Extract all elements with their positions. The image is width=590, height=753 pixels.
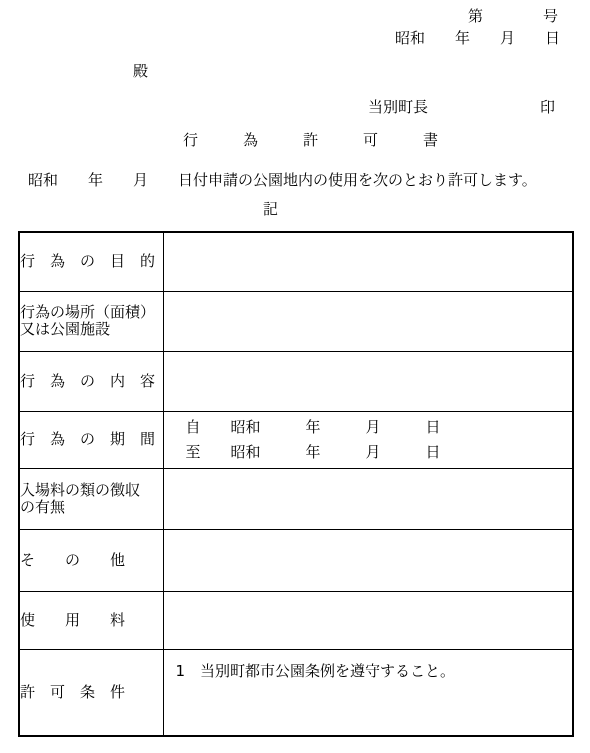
row-value-permit-conditions: 1 当別町都市公園条例を遵守すること。 (163, 649, 573, 736)
record-marker: 記 (263, 201, 278, 218)
row-value-period: 自 昭和 年 月 日 至 昭和 年 月 日 (163, 411, 573, 468)
table-row: 行 為 の 期 間 自 昭和 年 月 日 至 昭和 年 月 日 (19, 411, 573, 468)
row-value-content (163, 351, 573, 411)
row-value-admission-fee (163, 468, 573, 529)
row-label-location: 行為の場所（面積） 又は公園施設 (19, 291, 163, 351)
table-row: 行 為 の 目 的 (19, 232, 573, 291)
table-row: 許 可 条 件 1 当別町都市公園条例を遵守すること。 (19, 649, 573, 736)
row-label-content: 行 為 の 内 容 (19, 351, 163, 411)
seal-mark: 印 (540, 99, 555, 116)
permit-document-page: 第 号 昭和 年 月 日 殿 当別町長 印 行 為 許 可 書 昭和 年 月 日… (0, 0, 590, 753)
permission-statement: 昭和 年 月 日付申請の公園地内の使用を次のとおり許可します。 (28, 172, 537, 189)
row-label-usage-fee: 使 用 料 (19, 591, 163, 649)
table-row: 行為の場所（面積） 又は公園施設 (19, 291, 573, 351)
row-value-other (163, 529, 573, 591)
row-value-usage-fee (163, 591, 573, 649)
doc-number-line: 第 号 (468, 8, 558, 25)
table-row: 使 用 料 (19, 591, 573, 649)
row-label-period: 行 為 の 期 間 (19, 411, 163, 468)
issue-date-line: 昭和 年 月 日 (395, 30, 560, 47)
issuer-line: 当別町長 印 (368, 99, 555, 116)
row-label-purpose: 行 為 の 目 的 (19, 232, 163, 291)
table-row: 入場料の類の徴収 の有無 (19, 468, 573, 529)
row-label-permit-conditions: 許 可 条 件 (19, 649, 163, 736)
addressee-honorific: 殿 (133, 63, 148, 80)
table-row: 行 為 の 内 容 (19, 351, 573, 411)
document-title: 行 為 許 可 書 (183, 132, 438, 149)
table-row: そ の 他 (19, 529, 573, 591)
row-label-admission-fee: 入場料の類の徴収 の有無 (19, 468, 163, 529)
row-label-other: そ の 他 (19, 529, 163, 591)
row-value-location (163, 291, 573, 351)
row-value-purpose (163, 232, 573, 291)
permit-details-table: 行 為 の 目 的 行為の場所（面積） 又は公園施設 行 為 の 内 容 行 為… (18, 231, 574, 737)
issuer-name: 当別町長 (368, 99, 428, 116)
